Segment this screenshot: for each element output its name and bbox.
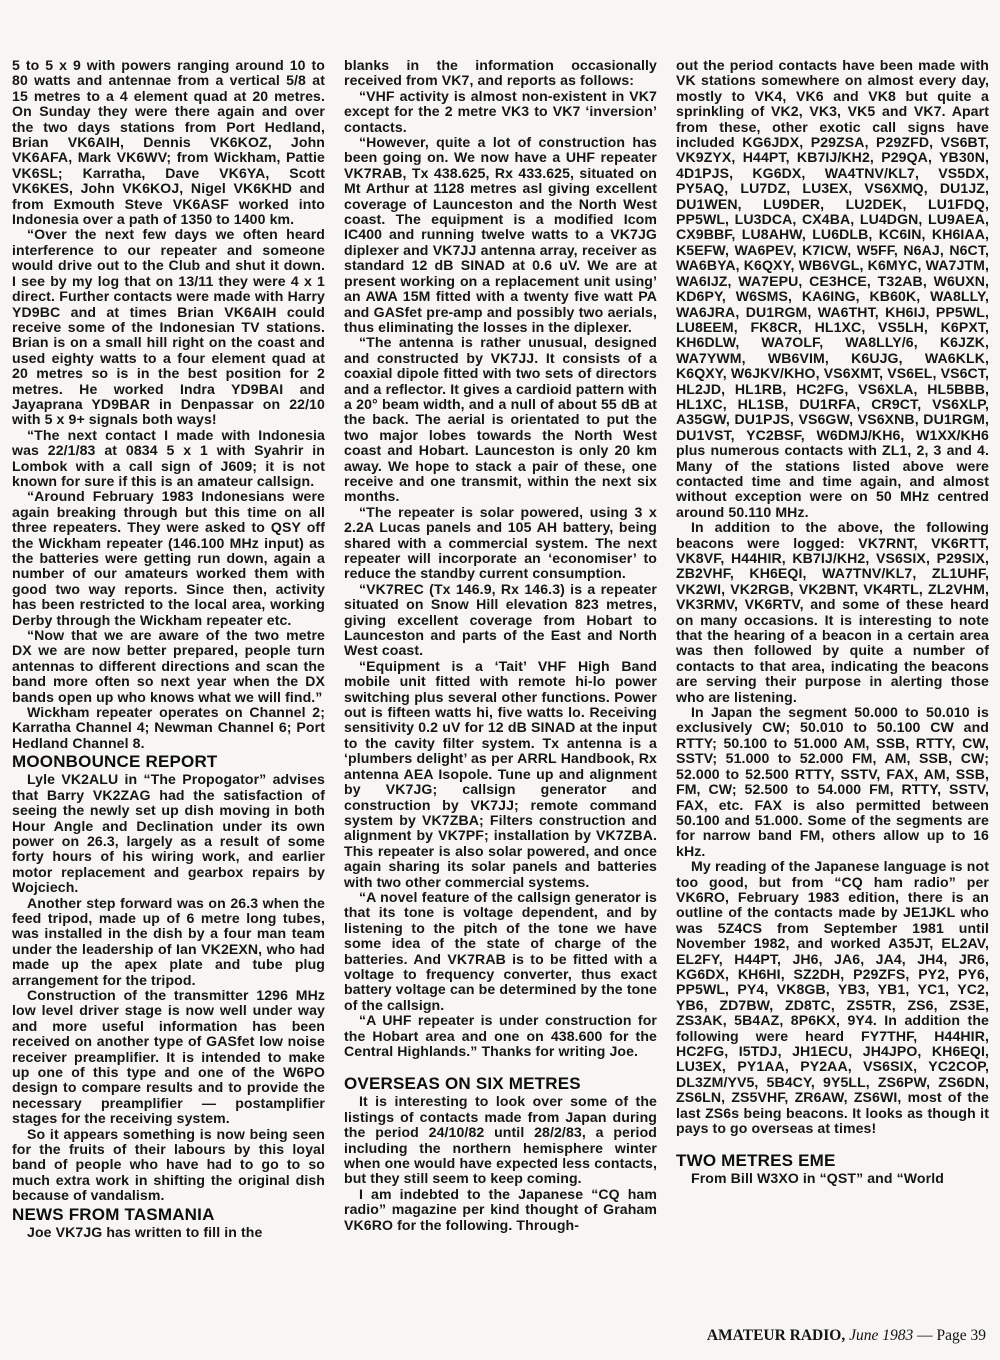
page-footer: AMATEUR RADIO, June 1983 — Page 39 (707, 1327, 986, 1345)
issue-date: June 1983 (845, 1327, 917, 1344)
paragraph: In addition to the above, the following … (676, 520, 989, 705)
paragraph: “VHF activity is almost non-existent in … (344, 89, 657, 135)
paragraph: “However, quite a lot of construction ha… (344, 135, 657, 335)
paragraph: “VK7REC (Tx 146.9, Rx 146.3) is a repeat… (344, 582, 657, 659)
paragraph: “A novel feature of the callsign generat… (344, 890, 657, 1013)
section-heading: OVERSEAS ON SIX METRES (344, 1074, 657, 1093)
section-heading: TWO METRES EME (676, 1151, 989, 1170)
paragraph: “Over the next few days we often heard i… (12, 227, 325, 427)
paragraph: 5 to 5 x 9 with powers ranging around 10… (12, 58, 325, 227)
paragraph: “A UHF repeater is under construction fo… (344, 1013, 657, 1059)
magazine-title: AMATEUR RADIO, (707, 1327, 845, 1344)
paragraph: So it appears something is now being see… (12, 1127, 325, 1204)
paragraph: Joe VK7JG has written to fill in the (12, 1225, 325, 1240)
article-columns: 5 to 5 x 9 with powers ranging around 10… (12, 58, 990, 1240)
paragraph: Another step forward was on 26.3 when th… (12, 896, 325, 988)
section-heading: NEWS FROM TASMANIA (12, 1205, 325, 1224)
paragraph: “The next contact I made with Indonesia … (12, 428, 325, 490)
column-2: blanks in the information occasionally r… (344, 58, 657, 1240)
paragraph: “Equipment is a ‘Tait’ VHF High Band mob… (344, 659, 657, 890)
column-3: out the period contacts have been made w… (676, 58, 989, 1240)
paragraph: From Bill W3XO in “QST” and “World (676, 1171, 989, 1186)
column-1: 5 to 5 x 9 with powers ranging around 10… (12, 58, 325, 1240)
paragraph: “Now that we are aware of the two metre … (12, 628, 325, 705)
paragraph: blanks in the information occasionally r… (344, 58, 657, 89)
paragraph: Construction of the transmitter 1296 MHz… (12, 988, 325, 1127)
page-number: — Page 39 (917, 1327, 986, 1344)
paragraph: “The repeater is solar powered, using 3 … (344, 505, 657, 582)
magazine-page: 5 to 5 x 9 with powers ranging around 10… (0, 0, 1000, 1360)
paragraph: out the period contacts have been made w… (676, 58, 989, 520)
paragraph: “The antenna is rather unusual, designed… (344, 335, 657, 504)
paragraph: It is interesting to look over some of t… (344, 1094, 657, 1186)
paragraph: I am indebted to the Japanese “CQ ham ra… (344, 1187, 657, 1233)
paragraph: In Japan the segment 50.000 to 50.010 is… (676, 705, 989, 859)
paragraph: “Around February 1983 Indonesians were a… (12, 489, 325, 628)
section-heading: MOONBOUNCE REPORT (12, 752, 325, 771)
paragraph: Wickham repeater operates on Channel 2; … (12, 705, 325, 751)
paragraph: Lyle VK2ALU in “The Propogator” advises … (12, 772, 325, 895)
paragraph: My reading of the Japanese language is n… (676, 859, 989, 1136)
